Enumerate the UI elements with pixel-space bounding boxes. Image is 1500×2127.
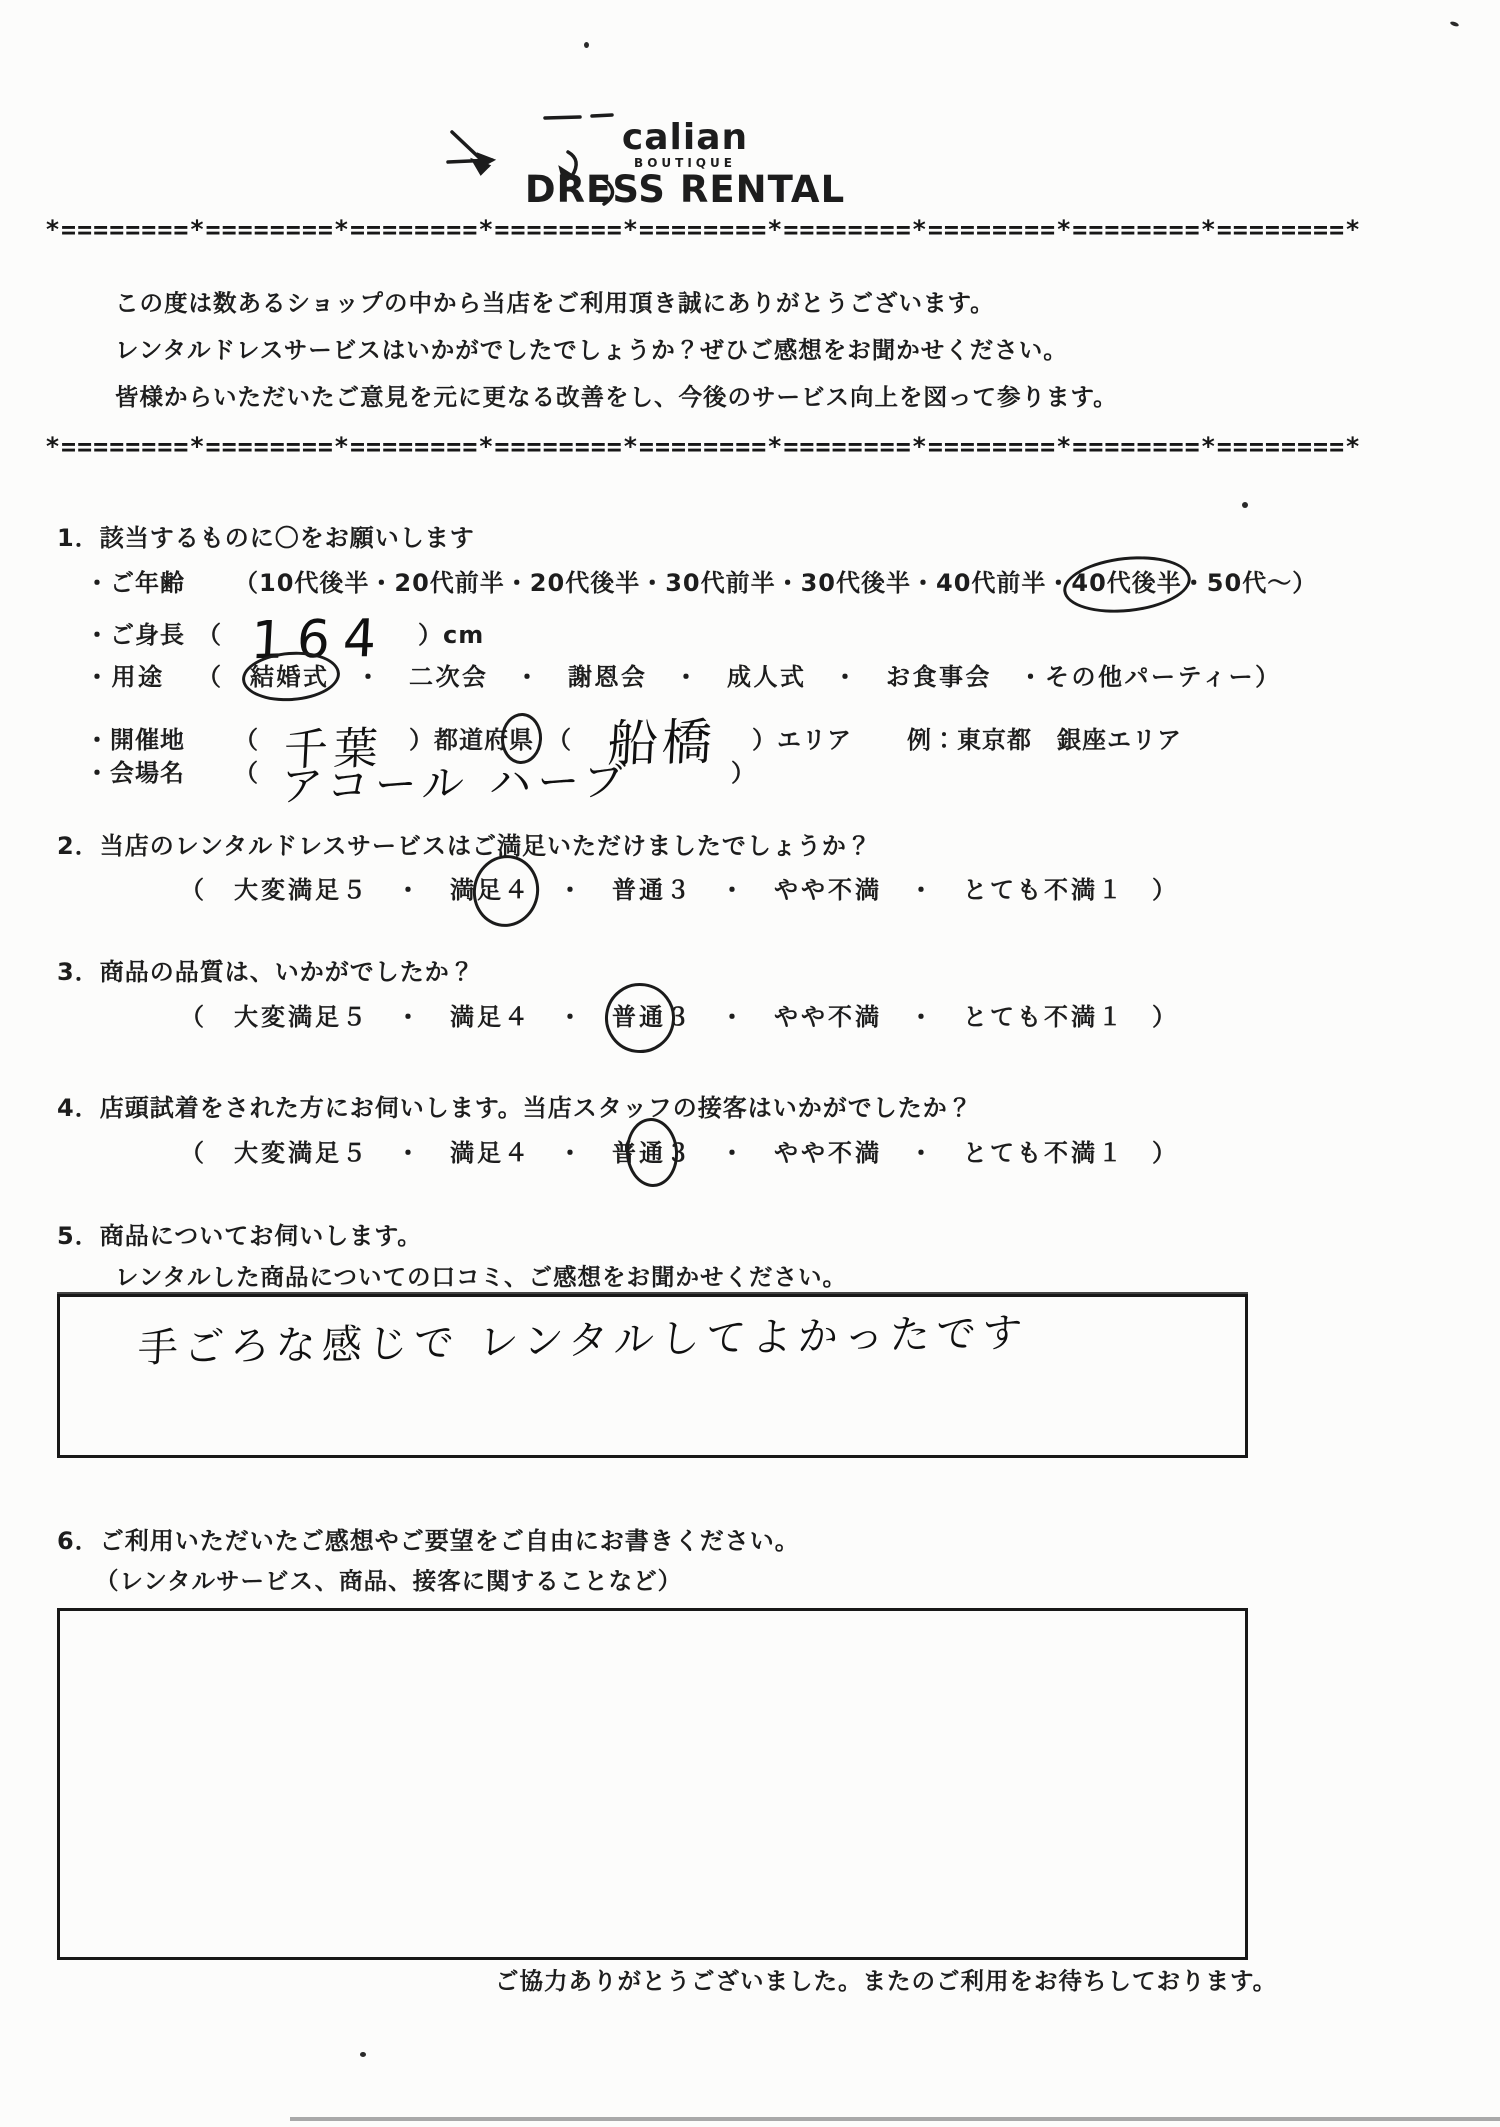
intro-line-2: レンタルドレスサービスはいかがでしたでしょうか？ぜひご感想をお聞かせください。 (115, 331, 1068, 365)
question-5-heading: 5．商品についてお伺いします。 (57, 1216, 422, 1251)
q1-venue-name-label: ・会場名 (85, 753, 234, 788)
q1-purpose-options-post: ・ 二次会 ・ 謝恩会 ・ 成人式 ・ お食事会 ・その他パーティー） (330, 663, 1282, 691)
circled-option-purpose-wedding: 結婚式 (250, 657, 330, 692)
q1-age-label: ・ご年齢 (85, 563, 234, 598)
scan-speck-mid-right (1242, 502, 1248, 508)
footer-thanks-text: ご協力ありがとうございました。またのご利用をお待ちしております。 (495, 1962, 1277, 1996)
intro-line-1: この度は数あるショップの中から当店をご利用頂き誠にありがとうございます。 (115, 284, 995, 318)
scanned-survey-page: calian BOUTIQUE DRESS RENTAL *========*=… (0, 0, 1500, 2127)
q1-venue-name-paren-open: （ (234, 759, 259, 787)
q1-height-paren-open: （ (197, 621, 222, 649)
question-2-heading: 2．当店のレンタルドレスサービスはご満足いただけましたでしょうか？ (57, 826, 872, 861)
q6-answer-box (57, 1608, 1248, 1960)
q4-options-row: （ 大変満足５ ・ 満足４ ・ 普通３ ・ やや不満 ・ とても不満１ ） (180, 1133, 1179, 1168)
q1-age-options-pre: （10代後半・20代前半・20代後半・30代前半・30代後半・40代前半・ (234, 569, 1071, 597)
scan-speck-top-center (584, 42, 589, 48)
q1-age-row: ・ご年齢（10代後半・20代前半・20代後半・30代前半・30代後半・40代前半… (85, 563, 1317, 598)
q1-purpose-row: ・用途（ 結婚式 ・ 二次会 ・ 謝恩会 ・ 成人式 ・ お食事会 ・その他パー… (85, 657, 1282, 692)
question-6-heading: 6．ご利用いただいたご感想やご要望をご自由にお書きください。 (57, 1521, 800, 1556)
q3-options-post: ３ ・ やや不満 ・ とても不満１ ） (666, 1003, 1179, 1031)
q5-answer-box: 手ごろな感じで レンタルしてよかったです (57, 1294, 1248, 1458)
handwritten-venue-name: アコール ハーブ (257, 746, 732, 814)
q1-area-example: 例：東京都 銀座エリア (907, 726, 1182, 754)
page-title: DRESS RENTAL (510, 171, 860, 210)
scan-edge-line (290, 2117, 1500, 2121)
scan-speck-bottom (360, 2052, 366, 2057)
q1-purpose-label: ・用途 (85, 657, 197, 692)
question-3-heading: 3．商品の品質は、いかがでしたか？ (57, 952, 475, 987)
brand-name: calian (510, 120, 860, 156)
question-1-heading: 1．該当するものに〇をお願いします (57, 518, 475, 553)
q2-options-row: （ 大変満足５ ・ 満足４ ・ 普通３ ・ やや不満 ・ とても不満１ ） (180, 870, 1179, 905)
q3-options-pre: （ 大変満足５ ・ 満足４ ・ (180, 1003, 612, 1031)
q6-subtext: （レンタルサービス、商品、接客に関することなど） (95, 1562, 682, 1596)
q1-purpose-paren-open: （ (197, 663, 250, 691)
q4-options-pre: （ 大変満足５ ・ 満足４ ・ 普 (180, 1139, 639, 1167)
q2-options-pre: （ 大変満足５ ・ 満 (180, 876, 477, 904)
q1-height-paren-close: ）cm (418, 621, 484, 649)
circled-rating-normal-3: 普通 (612, 997, 666, 1032)
circled-option-age-40s-late: 40代後半 (1071, 563, 1181, 598)
q3-options-row: （ 大変満足５ ・ 満足４ ・ 普通３ ・ やや不満 ・ とても不満１ ） (180, 997, 1179, 1032)
q1-venue-name-paren-close: ） (731, 759, 756, 787)
question-4-heading: 4．店頭試着をされた方にお伺いします。当店スタッフの接客はいかがでしたか？ (57, 1088, 973, 1123)
circled-rating-satisfied-4: 足４ (477, 870, 531, 905)
logo-block: calian BOUTIQUE DRESS RENTAL (510, 120, 860, 210)
circled-rating-normal-3-staff: 通 (639, 1133, 666, 1168)
q4-options-post: ３ ・ やや不満 ・ とても不満１ ） (666, 1139, 1179, 1167)
q1-venue-name-row: ・会場名（アコール ハーブ） (85, 750, 756, 810)
q2-options-post: ・ 普通３ ・ やや不満 ・ とても不満１ ） (531, 876, 1179, 904)
q1-age-options-post: ・50代～） (1182, 569, 1317, 597)
scan-speck-top-right (1450, 21, 1460, 28)
handwritten-q5-comment: 手ごろな感じで レンタルしてよかったです (137, 1301, 1030, 1374)
intro-line-3: 皆様からいただいたご意見を元に更なる改善をし、今後のサービス向上を図って参ります… (115, 378, 1118, 412)
separator-line-top: *========*========*========*========*===… (45, 215, 1361, 244)
q5-subtext: レンタルした商品についての口コミ、ご感想をお聞かせください。 (115, 1258, 847, 1292)
q1-area-suffix: ）エリア (752, 726, 852, 754)
separator-line-bottom: *========*========*========*========*===… (45, 432, 1361, 461)
q1-height-label: ・ご身長 (85, 615, 197, 650)
